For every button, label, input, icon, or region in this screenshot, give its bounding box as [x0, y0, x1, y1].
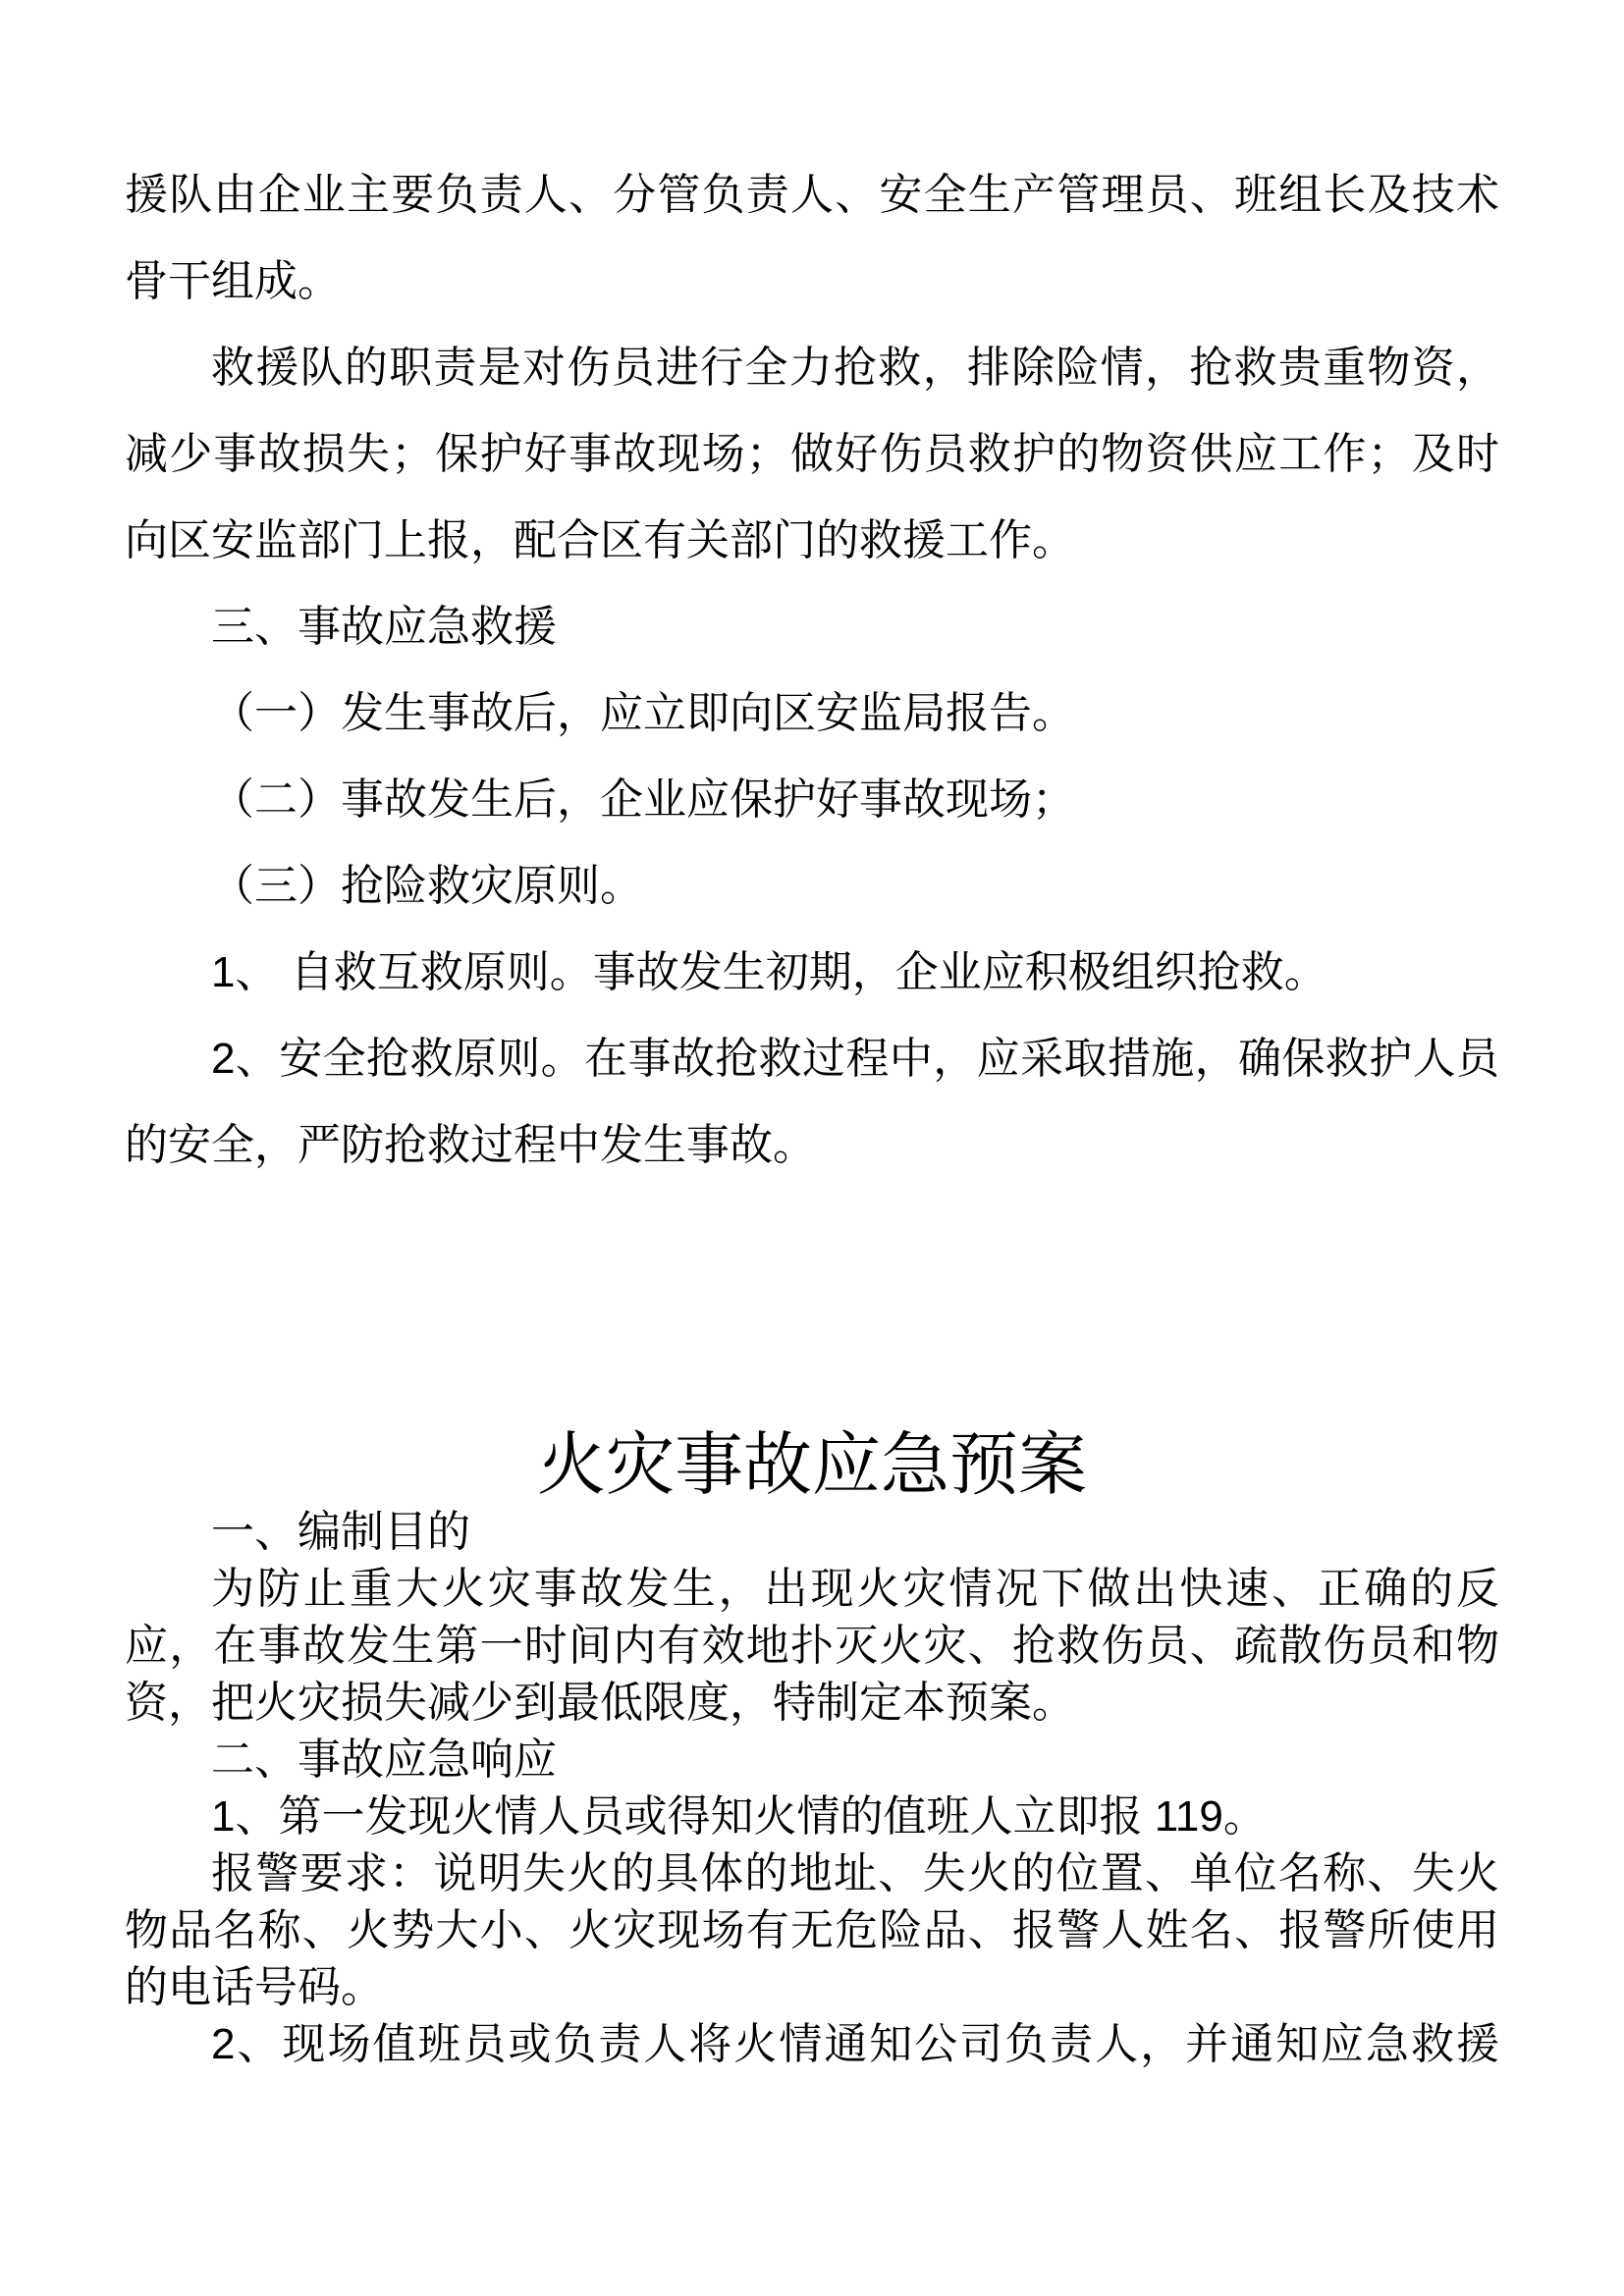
section-fire-accident-emergency-plan: 一、编制目的为防止重大火灾事故发生，出现火灾情况下做出快速、正确的反应，在事故发…: [125, 1504, 1499, 2073]
text-line: 的安全，严防抢救过程中发生事故。: [125, 1102, 1499, 1189]
text-line: 2、安全抢救原则。在事故抢救过程中，应采取措施，确保救护人员: [125, 1016, 1499, 1102]
text-line: 减少事故损失；保护好事故现场；做好伤员救护的物资供应工作；及时: [125, 411, 1499, 498]
text-line: 资，把火灾损失减少到最低限度，特制定本预案。: [125, 1675, 1499, 1732]
text-line: 1、第一发现火情人员或得知火情的值班人立即报 119。: [125, 1789, 1499, 1845]
text-line: 1、 自救互救原则。事故发生初期，企业应积极组织抢救。: [125, 930, 1499, 1016]
text-line: 2、现场值班员或负责人将火情通知公司负责人，并通知应急救援: [125, 2016, 1499, 2073]
document-page: 援队由企业主要负责人、分管负责人、安全生产管理员、班组长及技术骨干组成。救援队的…: [0, 0, 1624, 2296]
section-accident-emergency-rescue: 援队由企业主要负责人、分管负责人、安全生产管理员、班组长及技术骨干组成。救援队的…: [125, 152, 1499, 1189]
text-line: 救援队的职责是对伤员进行全力抢救，排除险情，抢救贵重物资，: [125, 325, 1499, 411]
text-line: 一、编制目的: [125, 1504, 1499, 1561]
text-line: 三、事故应急救援: [125, 584, 1499, 670]
page-title: 火灾事故应急预案: [125, 1425, 1499, 1504]
text-line: 骨干组成。: [125, 239, 1499, 325]
text-line: 援队由企业主要负责人、分管负责人、安全生产管理员、班组长及技术: [125, 152, 1499, 239]
text-line: 的电话号码。: [125, 1959, 1499, 2016]
text-line: 应，在事故发生第一时间内有效地扑灭火灾、抢救伤员、疏散伤员和物: [125, 1618, 1499, 1675]
text-line: 物品名称、火势大小、火灾现场有无危险品、报警人姓名、报警所使用: [125, 1902, 1499, 1959]
text-line: （二）事故发生后，企业应保护好事故现场；: [125, 757, 1499, 843]
text-line: 为防止重大火灾事故发生，出现火灾情况下做出快速、正确的反: [125, 1561, 1499, 1618]
text-line: 向区安监部门上报，配合区有关部门的救援工作。: [125, 498, 1499, 584]
text-line: 二、事故应急响应: [125, 1732, 1499, 1789]
text-line: （一）发生事故后，应立即向区安监局报告。: [125, 670, 1499, 757]
text-line: （三）抢险救灾原则。: [125, 843, 1499, 930]
text-line: 报警要求：说明失火的具体的地址、失火的位置、单位名称、失火: [125, 1845, 1499, 1902]
